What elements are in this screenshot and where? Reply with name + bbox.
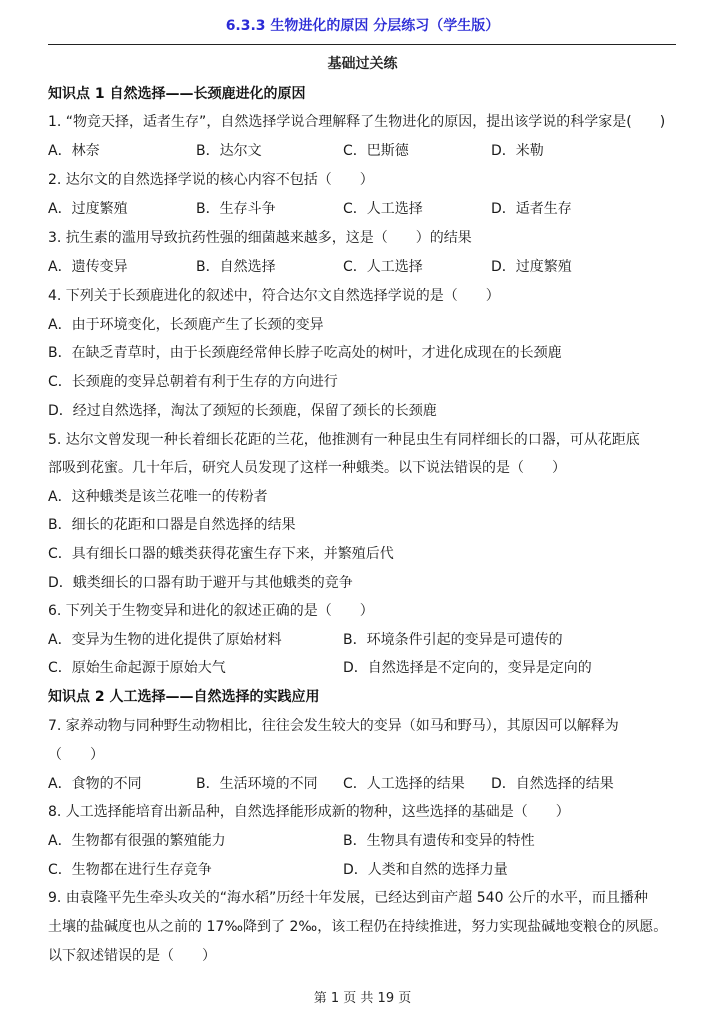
question-5-option-c: C．具有细长口器的蛾类获得花蜜生存下来，并繁殖后代 [48,543,394,563]
question-2-option-b: B．生存斗争 [196,198,276,218]
question-8-option-a: A．生物都有很强的繁殖能力 [48,830,226,850]
question-8-stem: 8. 人工选择能培育出新品种，自然选择能形成新的物种，这些选择的基础是（ ） [48,801,570,821]
question-3-option-a: A．遗传变异 [48,256,128,276]
question-2-option-a: A．过度繁殖 [48,198,128,218]
question-5-stem-line-1: 5. 达尔文曾发现一种长着细长花距的兰花，他推测有一种昆虫生有同样细长的口器，可… [48,429,640,449]
question-4-stem: 4. 下列关于长颈鹿进化的叙述中，符合达尔文自然选择学说的是（ ） [48,285,500,305]
question-3-option-d: D．过度繁殖 [491,256,572,276]
question-5-option-b: B．细长的花距和口器是自然选择的结果 [48,514,296,534]
question-1-option-b: B．达尔文 [196,140,262,160]
page-number: 第 1 页 共 19 页 [0,987,725,1006]
question-7-option-c: C．人工选择的结果 [343,773,465,793]
question-2-stem: 2. 达尔文的自然选择学说的核心内容不包括（ ） [48,169,374,189]
question-8-option-b: B．生物具有遗传和变异的特性 [343,830,535,850]
question-8-option-c: C．生物都在进行生存竞争 [48,859,212,879]
question-9-stem-line-1: 9. 由袁隆平先生牵头攻关的“海水稻”历经十年发展，已经达到亩产超 540 公斤… [48,887,648,907]
question-1-option-d: D．米勒 [491,140,544,160]
question-7-option-a: A．食物的不同 [48,773,142,793]
question-7-stem-line-1: 7. 家养动物与同种野生动物相比，往往会发生较大的变异（如马和野马），其原因可以… [48,715,619,735]
question-7-option-b: B．生活环境的不同 [196,773,318,793]
question-5-stem-line-2: 部吸到花蜜。几十年后，研究人员发现了这样一种蛾类。以下说法错误的是（ ） [48,457,566,477]
question-7-option-d: D．自然选择的结果 [491,773,614,793]
question-3-stem: 3. 抗生素的滥用导致抗药性强的细菌越来越多，这是（ ）的结果 [48,227,472,247]
question-6-option-c: C．原始生命起源于原始大气 [48,657,226,677]
question-7-stem-line-2: （ ） [48,744,104,764]
question-2-option-d: D．适者生存 [491,198,572,218]
question-4-option-c: C．长颈鹿的变异总朝着有利于生存的方向进行 [48,371,338,391]
question-1-option-c: C．巴斯德 [343,140,409,160]
knowledge-point-1: 知识点 1 自然选择——长颈鹿进化的原因 [48,83,306,103]
question-2-option-c: C．人工选择 [343,198,423,218]
knowledge-point-2: 知识点 2 人工选择——自然选择的实践应用 [48,686,320,706]
question-6-option-d: D．自然选择是不定向的，变异是定向的 [343,657,592,677]
question-4-option-d: D．经过自然选择，淘汰了颈短的长颈鹿，保留了颈长的长颈鹿 [48,400,437,420]
question-5-option-d: D．蛾类细长的口器有助于避开与其他蛾类的竞争 [48,572,353,592]
question-5-option-a: A．这种蛾类是该兰花唯一的传粉者 [48,486,268,506]
section-title: 基础过关练 [0,53,725,73]
question-4-option-b: B．在缺乏青草时，由于长颈鹿经常伸长脖子吃高处的树叶，才进化成现在的长颈鹿 [48,342,562,362]
question-3-option-c: C．人工选择 [343,256,423,276]
question-9-stem-line-2: 土壤的盐碱度也从之前的 17‰降到了 2‰，该工程仍在持续推进，努力实现盐碱地变… [48,916,667,936]
question-6-stem: 6. 下列关于生物变异和进化的叙述正确的是（ ） [48,600,374,620]
question-8-option-d: D．人类和自然的选择力量 [343,859,508,879]
question-4-option-a: A．由于环境变化，长颈鹿产生了长颈的变异 [48,314,324,334]
question-1-stem: 1. “物竞天择，适者生存”，自然选择学说合理解释了生物进化的原因，提出该学说的… [48,111,665,131]
document-title: 6.3.3 生物进化的原因 分层练习（学生版） [0,15,725,35]
document-page: 6.3.3 生物进化的原因 分层练习（学生版） 基础过关练 知识点 1 自然选择… [0,0,725,1024]
header-divider [48,44,676,45]
question-1-option-a: A．林奈 [48,140,100,160]
question-9-stem-line-3: 以下叙述错误的是（ ） [48,945,216,965]
question-6-option-b: B．环境条件引起的变异是可遗传的 [343,629,563,649]
question-6-option-a: A．变异为生物的进化提供了原始材料 [48,629,282,649]
question-3-option-b: B．自然选择 [196,256,276,276]
